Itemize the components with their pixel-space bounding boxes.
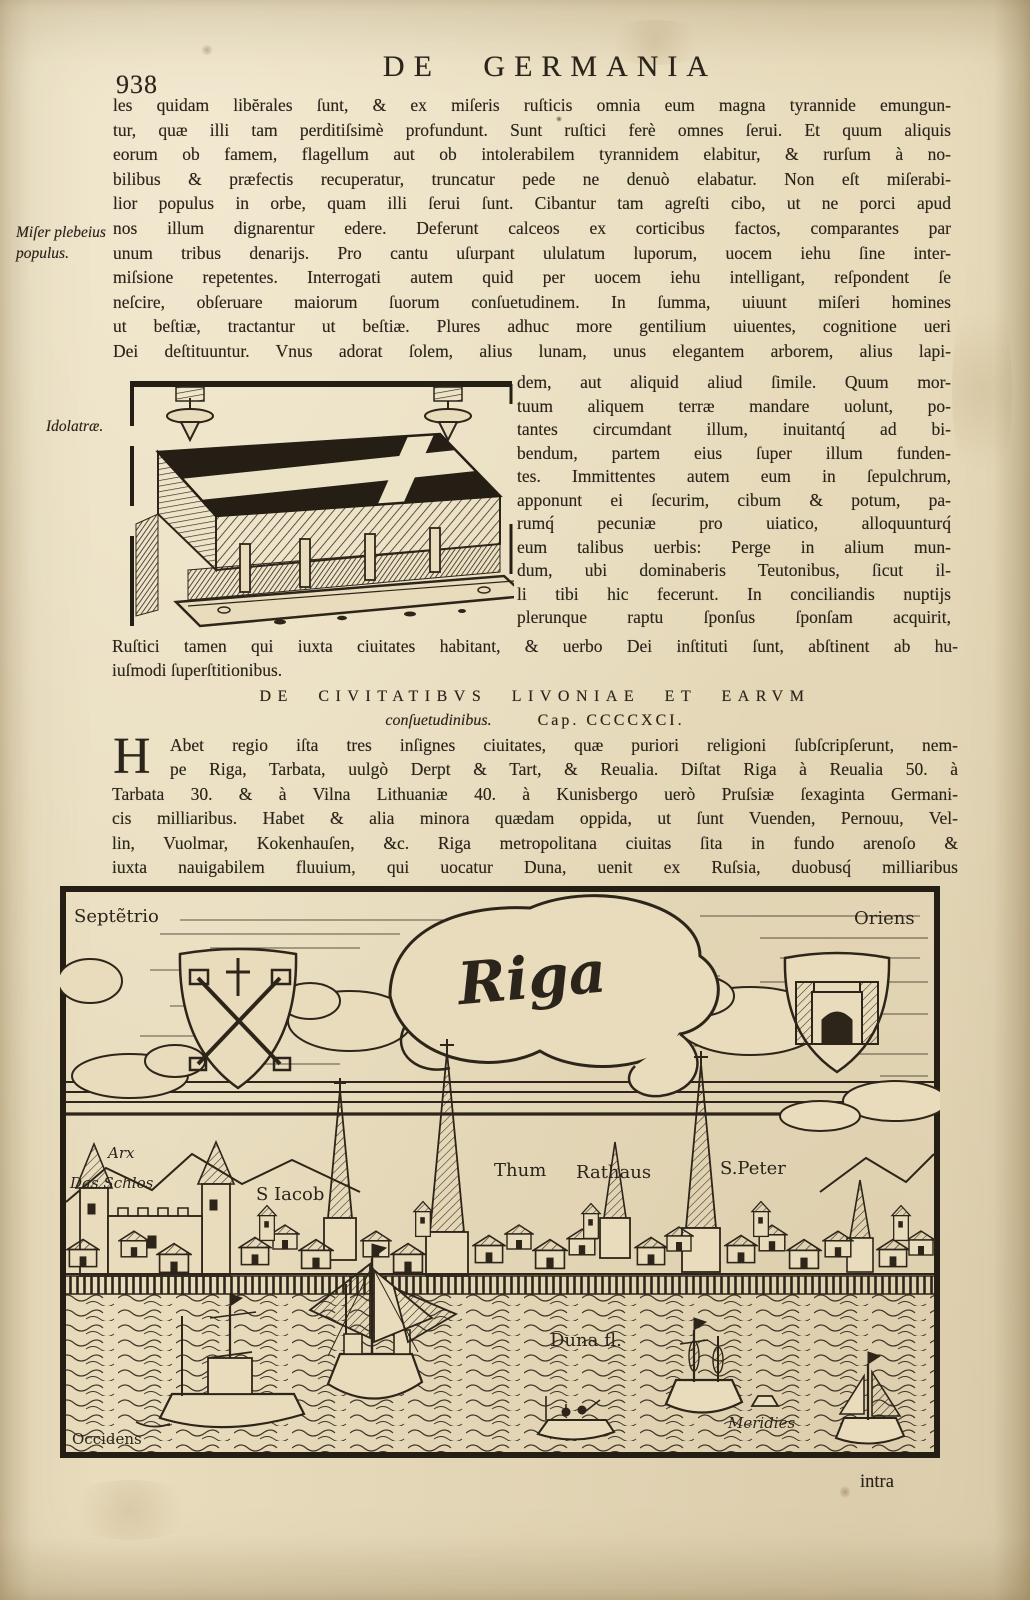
castle-arx [76, 1142, 234, 1276]
paper-stain [840, 1485, 850, 1499]
label-s-iacob: S Iacob [256, 1184, 324, 1205]
label-s-peter: S.Peter [720, 1158, 786, 1179]
right-column-paragraph: dem, aut aliquid aliud ſimile. Quum mor-… [517, 371, 951, 630]
section-heading: DE CIVITATIBVS LIVONIAE ET EARVM [112, 688, 958, 706]
paper-stain [60, 1480, 200, 1540]
closing-line: Ruſtici tamen qui iuxta ciuitates habita… [112, 634, 958, 658]
catchword: intra [860, 1472, 894, 1493]
riga-banner: Riga [390, 896, 718, 1097]
coffin-woodcut [128, 374, 514, 632]
banner-label: Riga [453, 937, 609, 1018]
riga-city-woodcut: Riga [60, 886, 940, 1458]
duna-river [66, 1294, 934, 1452]
label-meridies: Meridies [727, 1414, 795, 1432]
label-duna-fl: Duna fl. [550, 1330, 622, 1351]
label-rathaus: Rathaus [576, 1162, 651, 1183]
chapter-paragraph-indented: Abet regio iſta tres inſignes ciuitates,… [112, 733, 958, 782]
label-arx: Arx [106, 1144, 135, 1162]
section-subheading: conſuetudinibus.Cap. CCCCXCI. [112, 712, 958, 730]
label-das-schlos: Das Schlos [69, 1174, 154, 1192]
closing-line-2: iuſmodi ſuperſtitionibus. [112, 658, 958, 682]
palisade-fence [66, 1276, 934, 1294]
margin-note-plebeius: Miſer plebeiuspopulus. [16, 222, 116, 264]
subheading-chapter: Cap. CCCCXCI. [538, 712, 685, 729]
chapter-paragraph: Tarbata 30. & à Vilna Lithuaniæ 40. à Ku… [112, 782, 958, 880]
church-spires [324, 1039, 873, 1276]
book-page: 938 DE GERMANIA les quidam libĕrales ſun… [0, 0, 1030, 1600]
label-oriens: Oriens [854, 908, 915, 929]
label-septentrio: Septẽtrio [74, 906, 159, 927]
margin-note-idolatrae: Idolatræ. [46, 416, 103, 437]
body-paragraph: les quidam libĕrales ſunt, & ex miſeris … [113, 93, 951, 364]
label-occidens: Occidens [72, 1430, 142, 1448]
page-title: DE GERMANIA [80, 50, 1020, 84]
label-thum: Thum [494, 1160, 546, 1181]
subheading-consuetudinibus: conſuetudinibus. [385, 712, 491, 729]
hanging-lamp-icon [167, 387, 471, 440]
paper-stain [952, 280, 1012, 500]
